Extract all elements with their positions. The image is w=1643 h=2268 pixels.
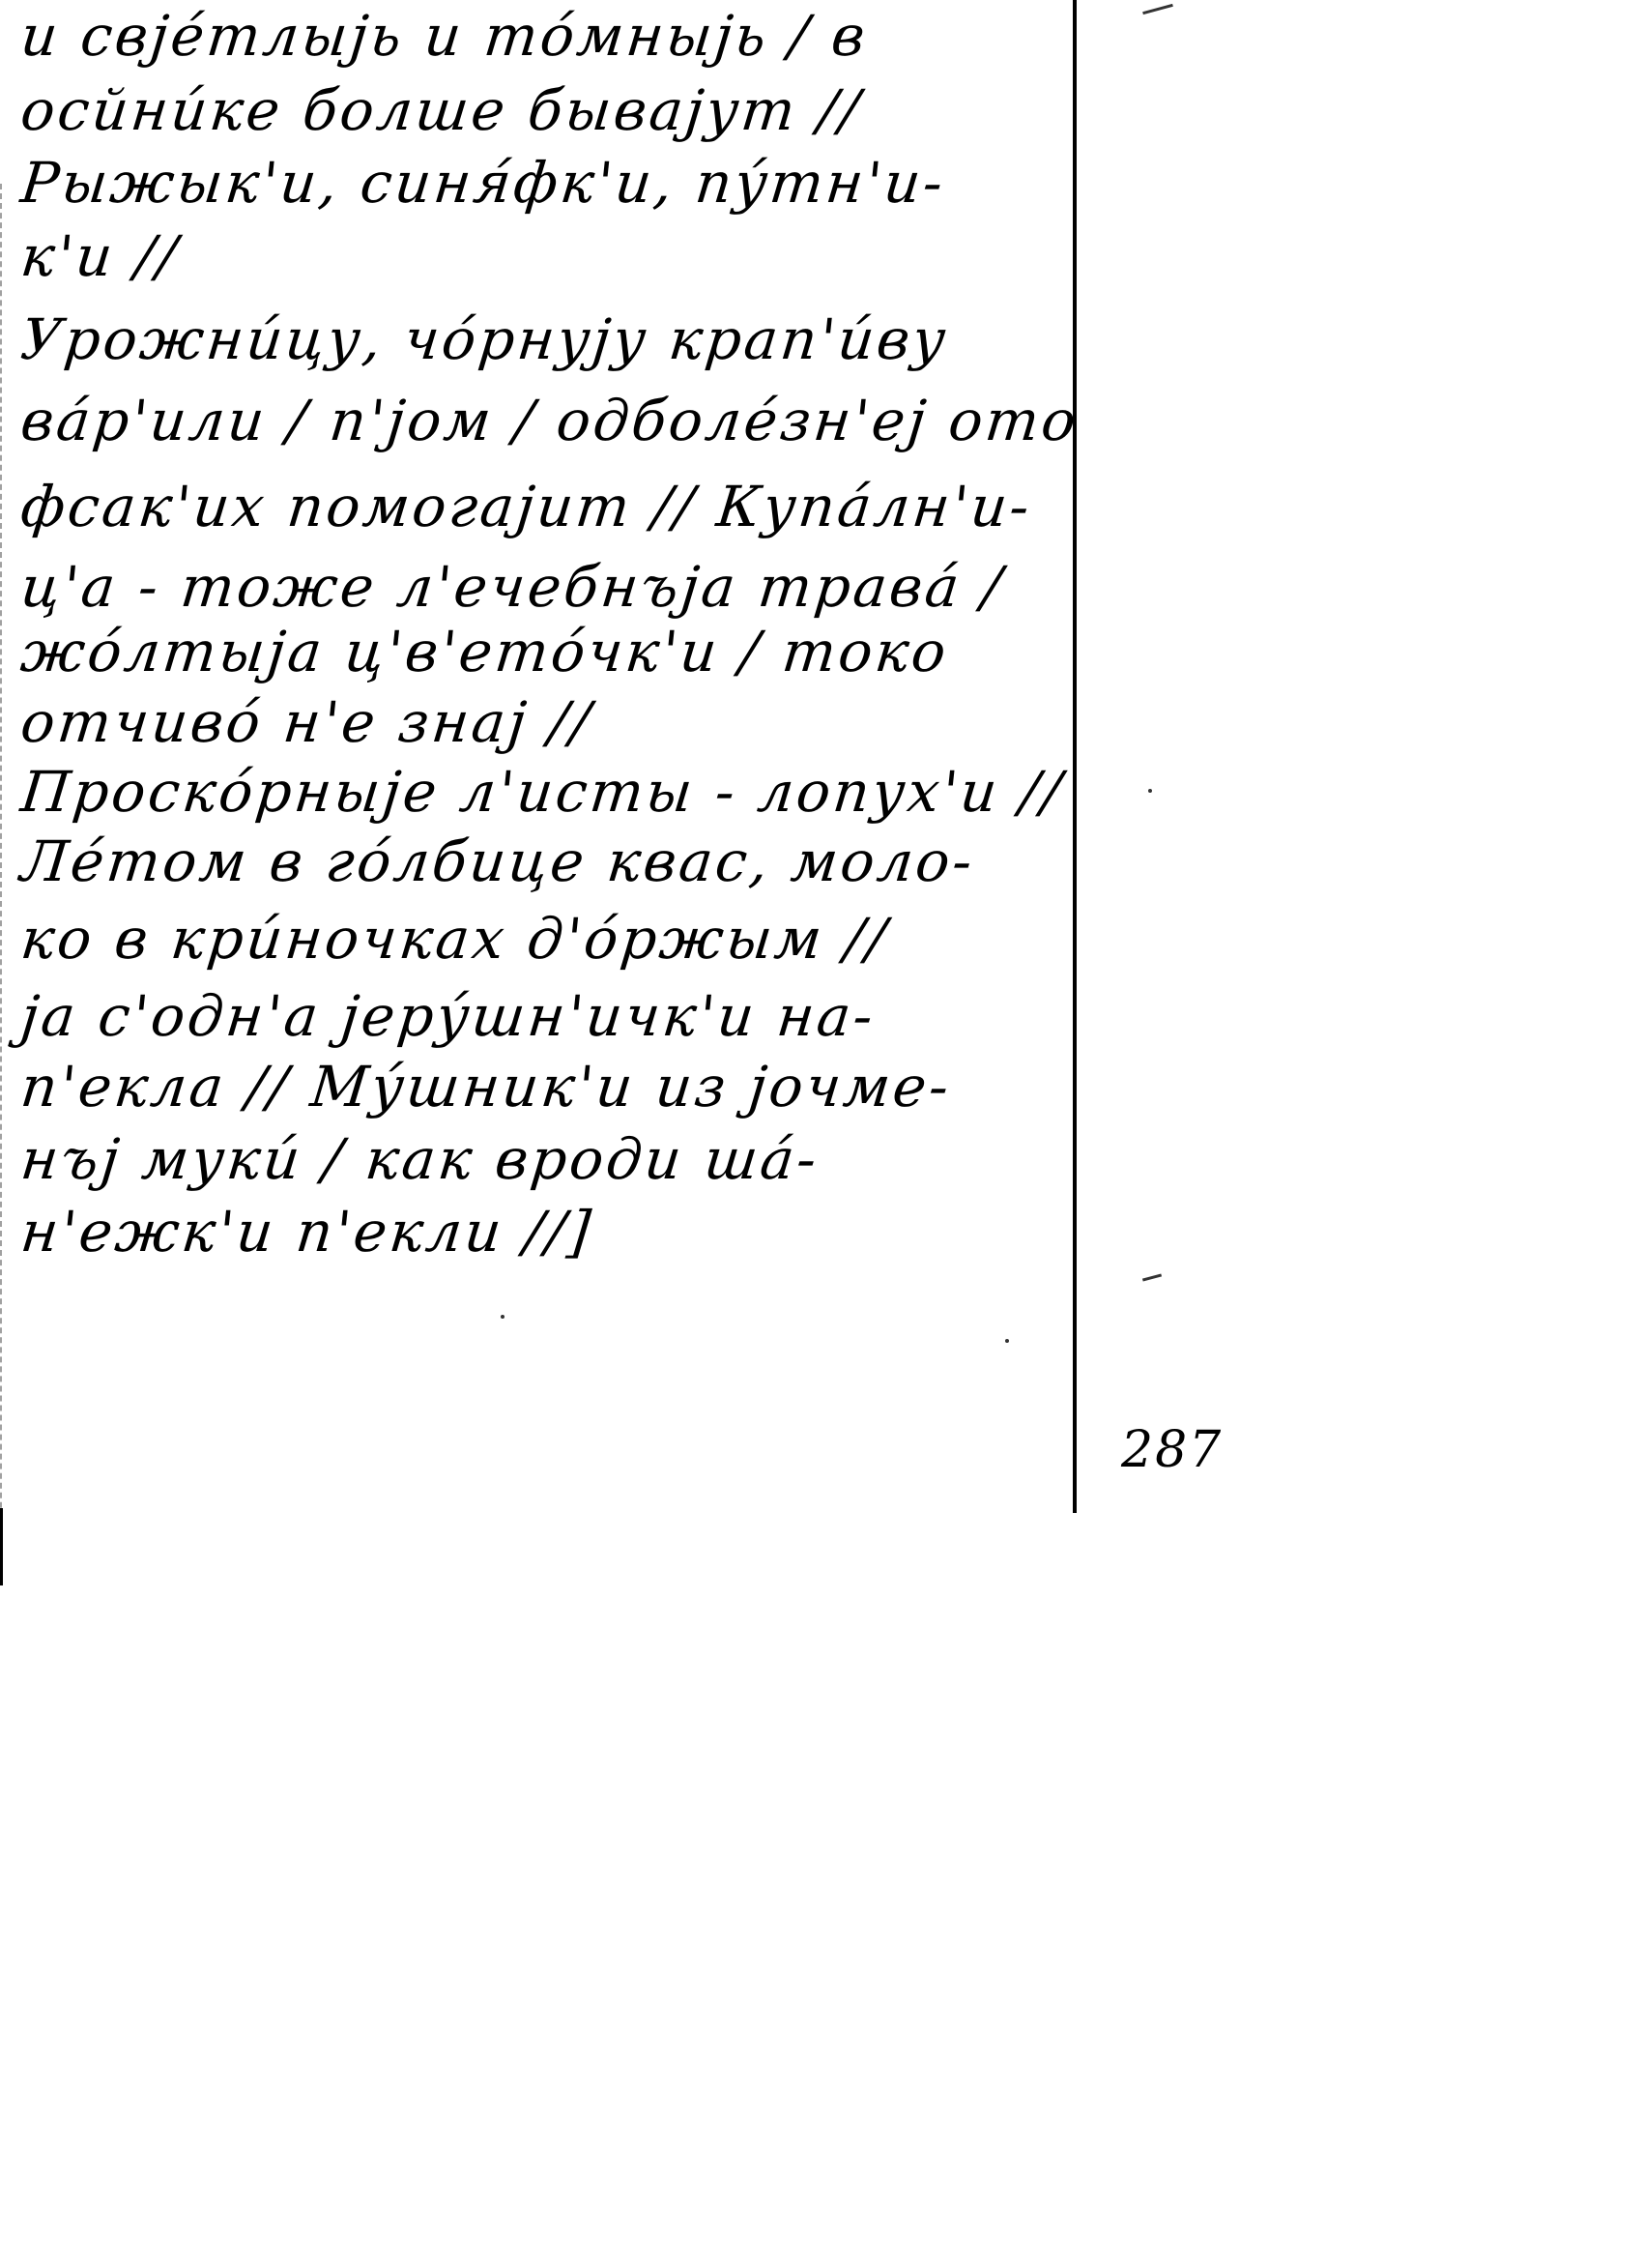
text-line-12: Ле́том в го́лбице квас, моло- xyxy=(18,833,977,889)
text-line-4: к'и // xyxy=(18,228,183,284)
margin-rule-line xyxy=(1073,0,1077,1513)
text-line-13: ко в кри́ночках д'о́ржым // xyxy=(18,911,892,967)
text-line-1: и свје́тлыјь и то́мныјь / в xyxy=(18,8,871,64)
text-line-8: ц'а - тоже л'ечебнъја трава́ / xyxy=(18,559,1007,615)
manuscript-page: и свје́тлыјь и то́мныјь / в осйни́ке бол… xyxy=(0,0,1643,2268)
stray-dot xyxy=(1005,1339,1009,1343)
margin-stray-mark xyxy=(1142,1273,1162,1281)
margin-stray-mark xyxy=(1142,4,1173,15)
stray-dot xyxy=(501,1315,504,1319)
text-line-9: жо́лтыја ц'в'ето́чк'и / токо xyxy=(18,624,951,680)
left-edge-bar xyxy=(0,1508,3,1585)
text-line-14: ја с'одн'а јеру́шн'ичк'и на- xyxy=(18,988,879,1044)
text-line-17: н'ежк'и п'екли //] xyxy=(18,1204,596,1260)
text-line-2: осйни́ке болше бывајут // xyxy=(18,82,865,138)
left-edge-scan-marks xyxy=(0,184,6,1585)
text-line-6: ва́р'или / п'јом / одболе́зн'еј ото xyxy=(18,393,1081,449)
text-line-16: нъј муки́ / как вроди ша́- xyxy=(18,1131,821,1187)
text-line-15: п'екла // Му́шник'и из јочме- xyxy=(18,1059,954,1115)
text-line-5: Урожни́цу, чо́рнују крап'и́ву xyxy=(18,311,951,367)
text-line-10: отчиво́ н'е знај // xyxy=(18,694,595,750)
text-line-11: Проско́рныје л'исты - лопух'и // xyxy=(18,764,1067,820)
margin-dot xyxy=(1148,789,1152,793)
text-line-7: фсак'их помогајит // Купа́лн'и- xyxy=(18,479,1035,535)
page-number: 287 xyxy=(1121,1421,1223,1479)
text-line-3: Рыжык'и, синя́фк'и, пу́тн'и- xyxy=(18,155,948,211)
